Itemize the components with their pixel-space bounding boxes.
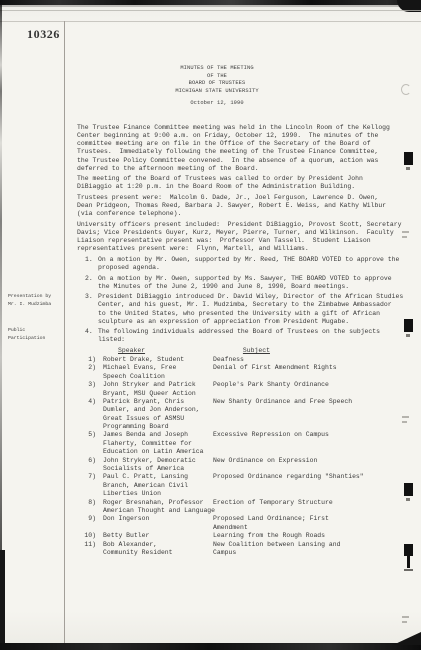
agenda-item-1: 1. On a motion by Mr. Owen, supported by… — [77, 256, 403, 272]
agenda-item-4: 4. The following individuals addressed t… — [77, 328, 403, 344]
agenda-item-number: 3. — [77, 293, 98, 326]
speaker-row-7: 7) Paul C. Pratt, Lansing Branch, Americ… — [77, 473, 403, 497]
speaker-subject: New Coalition between Lansing and Campus — [213, 541, 340, 557]
speaker-row-5: 5) James Benda and Joseph Flaherty, Comm… — [77, 431, 403, 455]
speaker-name: Paul C. Pratt, Lansing Branch, American … — [103, 473, 206, 497]
registration-mark-1 — [404, 152, 413, 165]
agenda-item-number: 2. — [77, 275, 98, 291]
margin-note-presentation: Presentation by Mr. I. Mudzimba — [8, 293, 64, 309]
registration-mark-faint-1 — [401, 84, 411, 95]
agenda-item-text: On a motion by Mr. Owen, supported by Mr… — [98, 256, 399, 272]
ruled-line-faint — [0, 10, 421, 11]
speaker-number: 2) — [77, 364, 96, 380]
registration-mark-faint-3 — [402, 416, 409, 418]
speaker-number: 10) — [77, 532, 96, 540]
speaker-number: 11) — [77, 541, 96, 557]
paragraph-call-to-order: The meeting of the Board of Trustees was… — [77, 175, 403, 191]
speaker-name: Patrick Bryant, Chris Dumler, and Jon An… — [103, 398, 206, 431]
speaker-row-2: 2) Michael Evans, Free Speech Coalition … — [77, 364, 403, 380]
speaker-name: John Stryker, Democratic Socialists of A… — [103, 457, 206, 473]
agenda-item-text: On a motion by Mr. Owen, supported by Ms… — [98, 275, 392, 291]
speaker-name: Betty Butler — [103, 532, 206, 540]
speaker-row-3: 3) John Stryker and Patrick Bryant, MSU … — [77, 381, 403, 397]
registration-mark-2-tail — [406, 334, 410, 337]
document-body: The Trustee Finance Committee meeting wa… — [77, 124, 403, 558]
speaker-row-1: 1) Robert Drake, Student Deafness — [77, 356, 403, 364]
speaker-number: 7) — [77, 473, 96, 497]
speakers-table-header: Speaker Subject — [77, 347, 403, 355]
speaker-subject: Deafness — [213, 356, 244, 364]
speaker-number: 9) — [77, 515, 96, 531]
speaker-subject: Erection of Temporary Structure — [213, 499, 333, 515]
paragraph-officers-present: University officers present included: Pr… — [77, 221, 403, 254]
speaker-subject: New Ordinance on Expression — [213, 457, 317, 473]
registration-mark-1-tail — [406, 167, 410, 170]
speaker-name: Don Ingerson — [103, 515, 206, 531]
speaker-row-10: 10) Betty Butler Learning from the Rough… — [77, 532, 403, 540]
speaker-row-11: 11) Bob Alexander, Community Resident Ne… — [77, 541, 403, 557]
registration-mark-faint-4b — [402, 621, 407, 623]
speaker-column-header: Speaker — [118, 347, 145, 355]
agenda-item-text: President DiBiaggio introduced Dr. David… — [98, 293, 403, 326]
agenda-item-text: The following individuals addressed the … — [98, 328, 380, 344]
scan-edge-top-smudge — [0, 5, 421, 7]
speaker-number: 4) — [77, 398, 96, 431]
registration-mark-faint-4 — [402, 616, 409, 618]
speaker-number: 8) — [77, 499, 96, 515]
speaker-subject: Proposed Land Ordinance; First Amendment — [213, 515, 329, 531]
agenda-item-3: 3. President DiBiaggio introduced Dr. Da… — [77, 293, 403, 326]
speaker-number: 6) — [77, 457, 96, 473]
registration-mark-3 — [404, 483, 413, 496]
agenda-item-2: 2. On a motion by Mr. Owen, supported by… — [77, 275, 403, 291]
speaker-subject: Denial of First Amendment Rights — [213, 364, 337, 380]
title-line-2: OF THE — [77, 73, 357, 81]
registration-mark-faint-2 — [402, 231, 409, 233]
speaker-subject: People's Park Shanty Ordinance — [213, 381, 329, 397]
scan-edge-bottom — [0, 643, 421, 650]
paragraph-trustees-present: Trustees present were: Malcolm G. Dade, … — [77, 194, 403, 218]
document-title-block: MINUTES OF THE MEETING OF THE BOARD OF T… — [77, 65, 357, 108]
registration-mark-3-tail — [406, 498, 410, 501]
speaker-subject: Proposed Ordinance regarding "Shanties" — [213, 473, 364, 497]
speaker-name: Bob Alexander, Community Resident — [103, 541, 206, 557]
page-number-stamp: 10326 — [27, 27, 60, 42]
margin-note-public-participation: Public Participation — [8, 327, 64, 343]
speaker-subject: New Shanty Ordinance and Free Speech — [213, 398, 352, 431]
margin-rule-vertical — [64, 21, 65, 644]
speaker-name: Michael Evans, Free Speech Coalition — [103, 364, 206, 380]
speaker-row-8: 8) Roger Bresnahan, Professor American T… — [77, 499, 403, 515]
title-line-3: BOARD OF TRUSTEES — [77, 80, 357, 88]
speaker-name: Roger Bresnahan, Professor American Thou… — [103, 499, 206, 515]
speaker-number: 5) — [77, 431, 96, 455]
title-line-1: MINUTES OF THE MEETING — [77, 65, 357, 73]
registration-mark-4-base — [404, 569, 413, 571]
speaker-row-9: 9) Don Ingerson Proposed Land Ordinance;… — [77, 515, 403, 531]
speaker-name: James Benda and Joseph Flaherty, Committ… — [103, 431, 206, 455]
registration-mark-2 — [404, 319, 413, 332]
meeting-date: October 12, 1990 — [77, 100, 357, 108]
scanned-minutes-page: 10326 MINUTES OF THE MEETING OF THE BOAR… — [0, 0, 421, 650]
paragraph-finance-committee: The Trustee Finance Committee meeting wa… — [77, 124, 403, 173]
agenda-item-number: 1. — [77, 256, 98, 272]
title-line-4: MICHIGAN STATE UNIVERSITY — [77, 88, 357, 96]
speaker-number: 1) — [77, 356, 96, 364]
agenda-item-number: 4. — [77, 328, 98, 344]
registration-mark-4-stem — [407, 556, 410, 568]
subject-column-header: Subject — [243, 347, 270, 355]
speaker-name: Robert Drake, Student — [103, 356, 206, 364]
registration-mark-4 — [404, 544, 413, 556]
speaker-row-6: 6) John Stryker, Democratic Socialists o… — [77, 457, 403, 473]
speaker-subject: Excessive Repression on Campus — [213, 431, 329, 455]
speaker-name: John Stryker and Patrick Bryant, MSU Que… — [103, 381, 206, 397]
speaker-subject: Learning from the Rough Roads — [213, 532, 325, 540]
speaker-number: 3) — [77, 381, 96, 397]
speaker-row-4: 4) Patrick Bryant, Chris Dumler, and Jon… — [77, 398, 403, 431]
scan-edge-left-bottom — [0, 550, 5, 650]
